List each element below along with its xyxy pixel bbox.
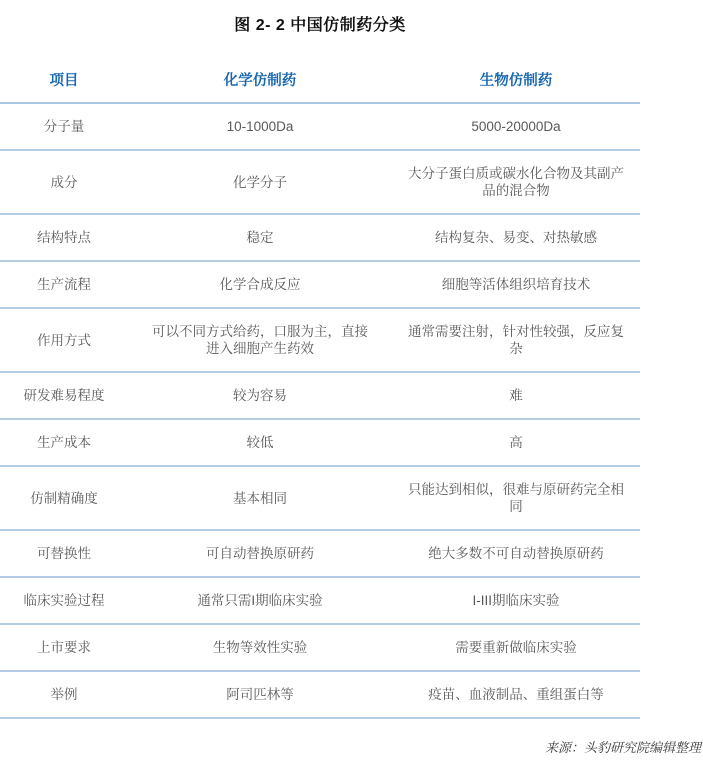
- header-biological: 生物仿制药: [392, 61, 640, 103]
- table-row: 成分 化学分子 大分子蛋白质或碳水化合物及其副产品的混合物: [0, 150, 640, 214]
- table-header: 项目 化学仿制药 生物仿制药: [0, 61, 640, 103]
- chemical-cell: 生物等效性实验: [128, 624, 392, 671]
- figure-title: 图 2- 2 中国仿制药分类: [0, 0, 640, 35]
- item-cell: 生产成本: [0, 419, 128, 466]
- source-attribution: 来源：头豹研究院编辑整理: [0, 737, 702, 756]
- chemical-cell: 化学分子: [128, 150, 392, 214]
- table-row: 研发难易程度 较为容易 难: [0, 372, 640, 419]
- chemical-cell: 通常只需I期临床实验: [128, 577, 392, 624]
- chemical-cell: 可以不同方式给药，口服为主，直接进入细胞产生药效: [128, 308, 392, 372]
- biological-cell: 疫苗、血液制品、重组蛋白等: [392, 671, 640, 718]
- biological-cell: 细胞等活体组织培育技术: [392, 261, 640, 308]
- item-cell: 仿制精确度: [0, 466, 128, 530]
- item-cell: 临床实验过程: [0, 577, 128, 624]
- item-cell: 结构特点: [0, 214, 128, 261]
- item-cell: 成分: [0, 150, 128, 214]
- table-row: 生产流程 化学合成反应 细胞等活体组织培育技术: [0, 261, 640, 308]
- item-cell: 生产流程: [0, 261, 128, 308]
- table-row: 结构特点 稳定 结构复杂、易变、对热敏感: [0, 214, 640, 261]
- chemical-cell: 阿司匹林等: [128, 671, 392, 718]
- header-item: 项目: [0, 61, 128, 103]
- header-row: 项目 化学仿制药 生物仿制药: [0, 61, 640, 103]
- biological-cell: I-III期临床实验: [392, 577, 640, 624]
- chemical-cell: 较为容易: [128, 372, 392, 419]
- chemical-cell: 稳定: [128, 214, 392, 261]
- item-cell: 举例: [0, 671, 128, 718]
- chemical-cell: 化学合成反应: [128, 261, 392, 308]
- biological-cell: 5000-20000Da: [392, 103, 640, 150]
- table-row: 作用方式 可以不同方式给药，口服为主，直接进入细胞产生药效 通常需要注射，针对性…: [0, 308, 640, 372]
- comparison-table: 项目 化学仿制药 生物仿制药 分子量 10-1000Da 5000-20000D…: [0, 61, 640, 719]
- table-row: 分子量 10-1000Da 5000-20000Da: [0, 103, 640, 150]
- biological-cell: 只能达到相似，很难与原研药完全相同: [392, 466, 640, 530]
- item-cell: 分子量: [0, 103, 128, 150]
- item-cell: 可替换性: [0, 530, 128, 577]
- table-row: 仿制精确度 基本相同 只能达到相似，很难与原研药完全相同: [0, 466, 640, 530]
- chemical-cell: 可自动替换原研药: [128, 530, 392, 577]
- table-row: 举例 阿司匹林等 疫苗、血液制品、重组蛋白等: [0, 671, 640, 718]
- item-cell: 研发难易程度: [0, 372, 128, 419]
- chemical-cell: 10-1000Da: [128, 103, 392, 150]
- biological-cell: 难: [392, 372, 640, 419]
- chemical-cell: 基本相同: [128, 466, 392, 530]
- table-row: 可替换性 可自动替换原研药 绝大多数不可自动替换原研药: [0, 530, 640, 577]
- page: 图 2- 2 中国仿制药分类 项目 化学仿制药 生物仿制药 分子量 10-100…: [0, 0, 703, 761]
- chemical-cell: 较低: [128, 419, 392, 466]
- biological-cell: 结构复杂、易变、对热敏感: [392, 214, 640, 261]
- item-cell: 上市要求: [0, 624, 128, 671]
- table-row: 生产成本 较低 高: [0, 419, 640, 466]
- table-row: 上市要求 生物等效性实验 需要重新做临床实验: [0, 624, 640, 671]
- biological-cell: 需要重新做临床实验: [392, 624, 640, 671]
- biological-cell: 绝大多数不可自动替换原研药: [392, 530, 640, 577]
- biological-cell: 大分子蛋白质或碳水化合物及其副产品的混合物: [392, 150, 640, 214]
- biological-cell: 通常需要注射，针对性较强，反应复杂: [392, 308, 640, 372]
- table-row: 临床实验过程 通常只需I期临床实验 I-III期临床实验: [0, 577, 640, 624]
- header-chemical: 化学仿制药: [128, 61, 392, 103]
- item-cell: 作用方式: [0, 308, 128, 372]
- biological-cell: 高: [392, 419, 640, 466]
- table-body: 分子量 10-1000Da 5000-20000Da 成分 化学分子 大分子蛋白…: [0, 103, 640, 718]
